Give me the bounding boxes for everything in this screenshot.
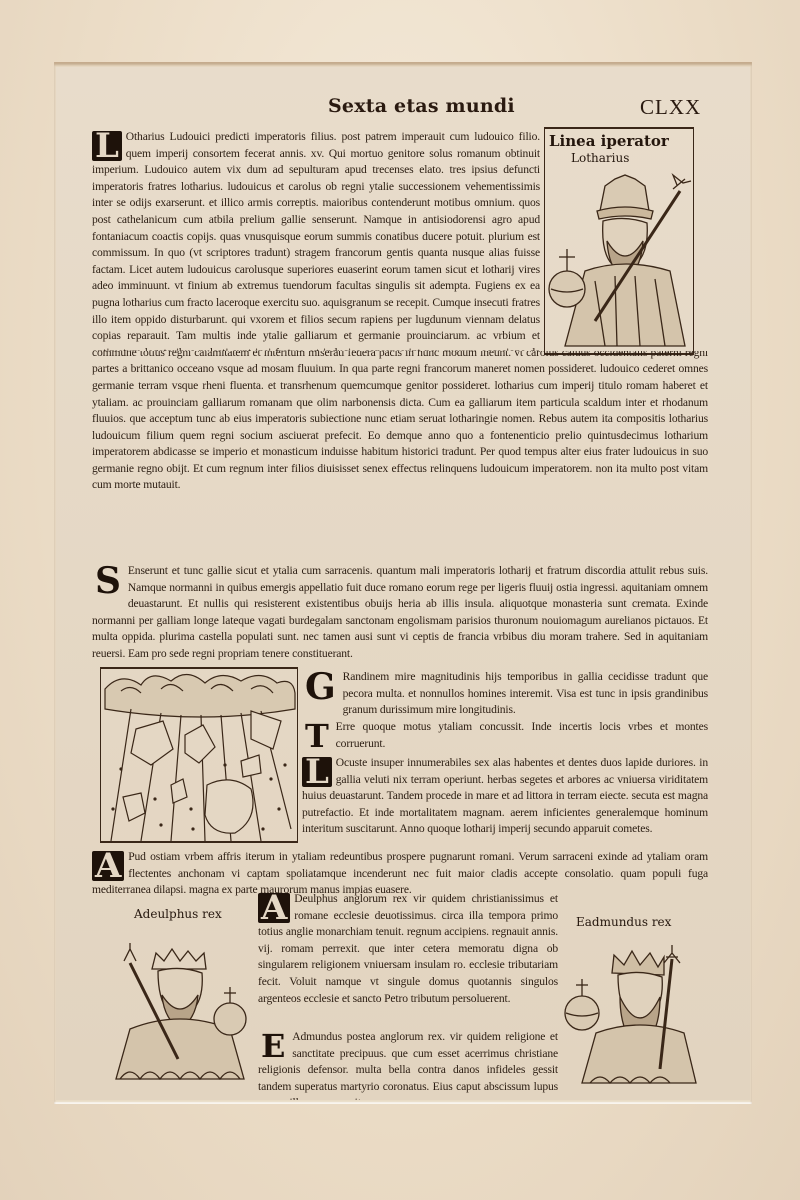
portrait-name: Lotharius xyxy=(571,151,629,165)
text-terremotus: T Erre quoque motus ytaliam concussit. I… xyxy=(302,719,708,755)
hailstorm-woodcut-icon xyxy=(101,669,297,841)
text-normanni: S Enserunt et tunc gallie sicut et ytali… xyxy=(92,563,708,675)
dropcap-a: A xyxy=(92,851,124,881)
text-lotharius: L Otharius Ludouici predicti imperatoris… xyxy=(92,129,540,351)
dropcap-l2: L xyxy=(302,757,332,787)
lotharius-portrait-frame: Linea iperator Lotharius xyxy=(544,127,694,355)
dropcap-l: L xyxy=(92,131,122,161)
portrait-heading: Linea iperator xyxy=(549,132,669,150)
hailstorm-woodcut-frame xyxy=(100,667,298,843)
folio-number: CLXX xyxy=(640,95,701,120)
eadmundus-woodcut-icon xyxy=(560,939,710,1089)
caption-eadmundus: Eadmundus rex xyxy=(576,915,671,929)
emperor-woodcut-icon xyxy=(545,171,693,351)
dropcap-t: T xyxy=(302,721,332,751)
dropcap-g: G xyxy=(302,671,339,703)
text-adeulphus: A Deulphus anglorum rex vir quidem chris… xyxy=(258,891,558,1031)
text-eadmundus: E Admundus postea anglorum rex. vir quid… xyxy=(258,1029,558,1100)
running-head: Sexta etas mundi xyxy=(328,95,515,117)
chronicle-leaf: Sexta etas mundi CLXX Linea iperator Lot… xyxy=(56,67,750,1100)
adeulphus-woodcut-icon xyxy=(100,939,260,1089)
dropcap-s: S xyxy=(92,565,124,597)
text-grando: G Randinem mire magnitudinis hijs tempor… xyxy=(302,669,708,721)
text-lotharius-continued: Otharius Ludouici predicti imperatoris f… xyxy=(92,351,708,563)
caption-adeulphus: Adeulphus rex xyxy=(134,907,222,921)
text-locuste: L Ocuste insuper innumerabiles sex alas … xyxy=(302,755,708,851)
dropcap-a2: A xyxy=(258,893,290,923)
dropcap-e: E xyxy=(258,1031,288,1061)
